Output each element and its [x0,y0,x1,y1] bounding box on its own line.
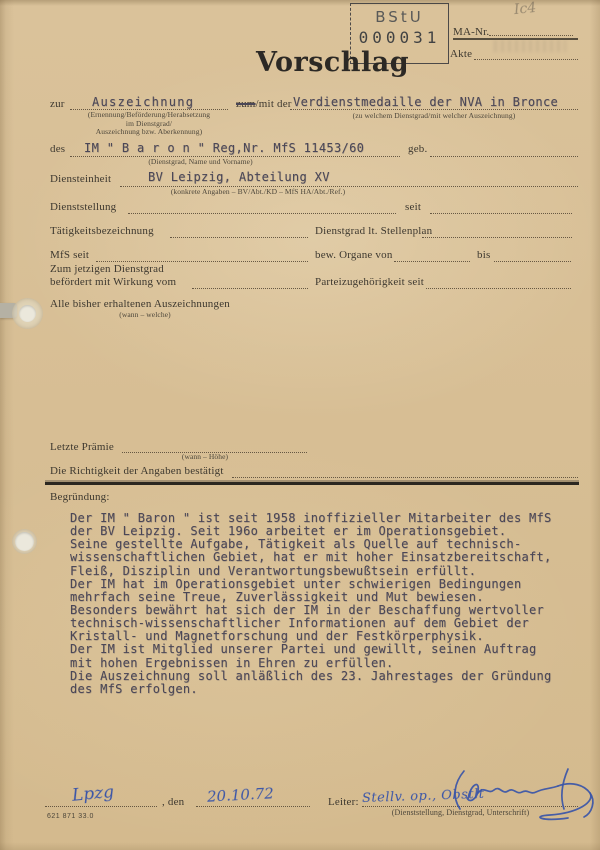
bstu-stamp-org: BStU [351,8,448,26]
bew-organe-label: bew. Organe von [315,249,393,261]
zum-mit-der-label: zum/mit der [236,98,292,110]
richtigkeit-line [232,476,578,478]
begruendung-line: Der IM ist Mitglied unserer Partei und g… [70,642,582,655]
ma-nr-line [489,34,573,36]
begruendung-line: Die Auszeichnung soll anläßlich des 23. … [70,669,582,682]
place-line [45,805,157,807]
diensteinheit-entry: BV Leipzig, Abteilung XV [148,170,330,184]
befoerdert-label-line2: befördert mit Wirkung vom [50,276,176,288]
diensteinheit-label: Diensteinheit [50,173,111,185]
mfs-seit-line [96,260,308,262]
begruendung-label: Begründung: [50,491,110,503]
begruendung-line: technisch-wissenschaftlicher Information… [70,616,582,629]
geb-line [430,155,578,157]
begruendung-line: Kristall- und Magnetforschung und der Fe… [70,629,582,642]
faint-stamp-smudge [494,40,566,52]
bis-line [494,260,571,262]
leiter-label: Leiter: [328,796,359,808]
partei-line [426,287,571,289]
begruendung-line: wissenschaftlichen Gebiet, hat er mit ho… [70,550,582,563]
bew-organe-line [394,260,470,262]
begruendung-line: der BV Leipzig. Seit 196o arbeitet er im… [70,524,582,537]
begruendung-line: Der IM hat im Operationsgebiet unter sch… [70,577,582,590]
des-caption: (Dienstgrad, Name und Vorname) [78,158,323,167]
zur-entry2: Verdienstmedaille der NVA in Bronce [293,95,558,109]
zur-label: zur [50,98,65,110]
den-label: , den [162,796,184,808]
leiter-caption: (Dienststellung, Dienstgrad, Unterschrif… [378,809,543,818]
zum-struck: zum [236,98,256,110]
bstu-stamp-number: 000031 [351,28,448,47]
begruendung-line: Der IM " Baron " ist seit 1958 inoffizie… [70,511,582,524]
des-label: des [50,143,65,155]
hole-punch-bottom [15,532,34,551]
taetigkeit-line [170,236,308,238]
begruendung-line: Fleiß, Disziplin und Verantwortungsbewuß… [70,564,582,577]
akte-line [474,58,578,60]
befoerdert-line [192,287,308,289]
auszeichnungen-caption: (wann – welche) [100,311,190,320]
dienststellung-line [128,212,396,214]
begruendung-line: Besonders bewährt hat sich der IM in der… [70,603,582,616]
begruendung-line: mit hohen Ergebnissen in Ehren zu erfüll… [70,656,582,669]
document-page: BStU 000031 MA-Nr. Akte Ic4 Vorschlag zu… [0,0,600,850]
diensteinheit-caption: (konkrete Angaben – BV/Abt./KD – MfS HA/… [138,188,378,197]
form-number: 621 871 33.0 [47,813,94,820]
date-line [196,805,310,807]
partei-label: Parteizugehörigkeit seit [315,276,424,288]
zur-caption2: (zu welchem Dienstgrad/mit welcher Ausze… [300,112,568,121]
begruendung-line: mehrfach seine Treue, Zuverlässigkeit un… [70,590,582,603]
taetigkeit-label: Tätigkeitsbezeichnung [50,225,154,237]
mit-der-rest: /mit der [256,98,292,110]
begruendung-line: Seine gestellte Aufgabe, Tätigkeit als Q… [70,537,582,550]
date-handwriting: 20.10.72 [207,784,275,805]
bis-label: bis [477,249,490,261]
praemie-label: Letzte Prämie [50,441,114,453]
leiter-signature [450,765,600,829]
page-title: Vorschlag [256,47,409,78]
auszeichnungen-label: Alle bisher erhaltenen Auszeichnungen [50,298,230,310]
zur-entry: Auszeichnung [92,95,194,109]
richtigkeit-label: Die Richtigkeit der Angaben bestätigt [50,465,224,477]
begruendung-text: Der IM " Baron " ist seit 1958 inoffizie… [70,511,582,695]
akte-label: Akte [450,48,472,60]
praemie-caption: (wann – Höhe) [160,453,250,462]
befoerdert-label-line1: Zum jetzigen Dienstgrad [50,263,164,275]
mfs-seit-label: MfS seit [50,249,89,261]
dienststellung-label: Dienststellung [50,201,116,213]
dienstgrad-stellenplan-line [422,236,572,238]
place-handwriting: Lpzg [71,782,115,806]
hole-punch-top [19,305,36,322]
section-divider [45,482,579,485]
geb-label: geb. [408,143,427,155]
dienststellung-seit-label: seit [405,201,421,213]
begruendung-line: des MfS erfolgen. [70,682,582,695]
pencil-note: Ic4 [513,0,537,18]
zur-caption: (Ernennung/Beförderung/Herabsetzung im D… [60,111,238,137]
dienstgrad-stellenplan-label: Dienstgrad lt. Stellenplan [315,225,432,237]
dienststellung-seit-line [430,212,572,214]
des-entry: IM " B a r o n " Reg,Nr. MfS 11453/60 [84,141,364,155]
